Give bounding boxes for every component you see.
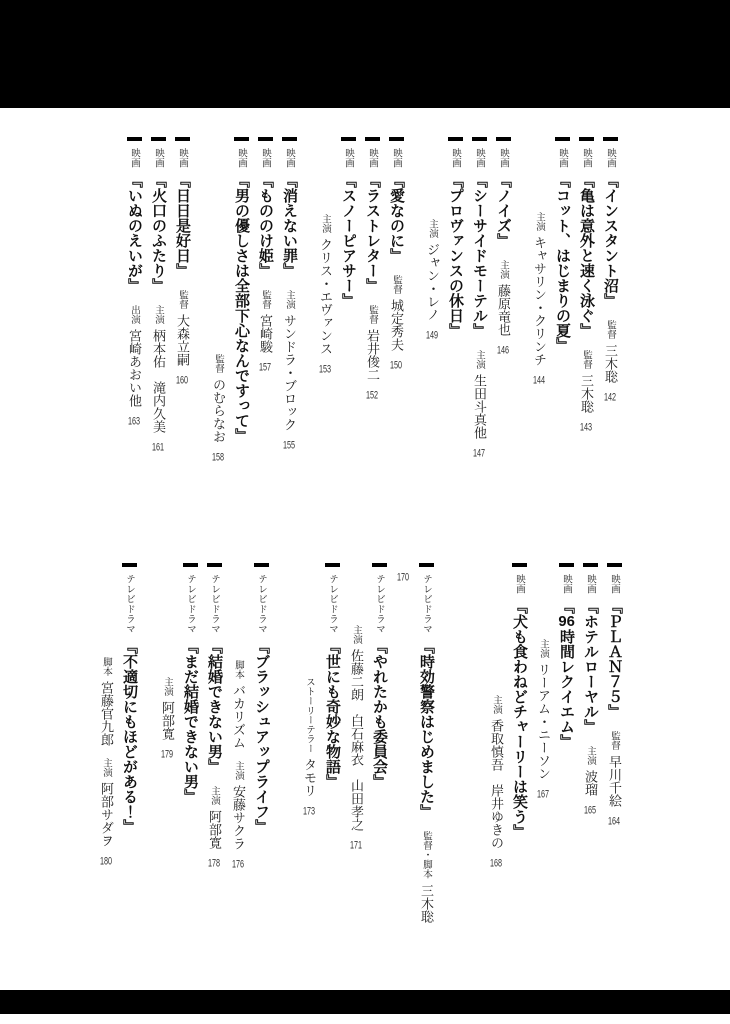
category-label: 映画 [561,574,572,594]
credit-role-label: 主演 [233,761,244,780]
credit-name: リーアム・ニーソン [536,663,551,780]
work-title: 『プロヴァンスの休日』 [447,173,464,338]
credit-name: 生田斗真他 [472,374,487,439]
entry-credit-line: 脚本宮藤官九郎主演阿部サダヲ180 [94,645,118,931]
credit-name: 宮崎駿 [258,314,273,353]
entry-title-line: テレビドラマ『世にも奇妙な物語』 [321,563,344,931]
toc-entry-0-12: 映画『日日是好日』監督大森立嗣160 [170,137,194,467]
credit-name: 波瑠 [583,770,598,796]
credit-name: キャサリン・クリンチ [532,236,547,366]
entry-title-line: 映画『コット、はじまりの夏』 [551,137,574,467]
credit-role-label: 監督 [260,290,271,309]
credit-role-label: 主演 [284,290,295,309]
credit-name: 早川千絵 [607,755,622,807]
page-number: 157 [259,362,271,373]
credit-role-label: 主演 [538,639,549,658]
entry-bullet-bar [448,137,463,141]
toc-entry-0-5: 映画『プロヴァンスの休日』主演ジャン・レノ149 [420,137,467,467]
entry-title-line: 映画『日日是好日』監督大森立嗣160 [170,137,194,467]
entry-title-line: 映画『亀は意外と速く泳ぐ』監督三木聡143 [574,137,598,467]
category-label: 映画 [605,148,616,168]
credit-name: 佐藤二朗 白石麻衣 山田孝之 [349,649,364,831]
credit-role-label: ストーリーテラー [304,677,315,753]
entry-bullet-bar [151,137,166,141]
work-title: 『消えない罪』 [281,173,298,278]
work-title: 『火口のふたり』 [150,173,167,293]
entry-bullet-bar [559,563,574,567]
credit-name: 岩井俊二 [365,329,380,381]
credit-name: 阿部サダヲ [99,782,114,847]
toc-entry-1-9: テレビドラマ『まだ結婚できない男』主演阿部寛179 [155,563,202,931]
category-label: テレビドラマ [256,574,267,634]
bottom-black-bar [0,990,730,1014]
credit-role-label: 監督・脚本 [421,831,432,879]
credit-role-label: 監督 [367,305,378,324]
category-label: 映画 [581,148,592,168]
work-title: 『やれたかも委員会』 [371,639,388,789]
page-number: 146 [497,345,509,356]
work-title: 『世にも奇妙な物語』 [324,639,341,789]
work-title: 『結婚できない男』 [206,639,223,774]
work-title: 『犬も食わねどチャーリーは笑う』 [511,599,528,839]
work-title: 『インスタント沼』 [602,173,619,308]
work-title: 『ブラッシュアップライフ』 [253,639,270,834]
page-number: 143 [580,422,592,433]
page-number: 152 [366,390,378,401]
credit-name: 三木聡 [579,374,594,413]
credit-role-label: 監督 [581,350,592,369]
toc-entry-1-5: テレビドラマ『やれたかも委員会』主演佐藤二朗 白石麻衣 山田孝之171 [344,563,391,931]
page-number: 150 [390,360,402,371]
page-number: 170 [397,572,409,583]
work-title: 『まだ結婚できない男』 [182,639,199,804]
entry-bullet-bar [555,137,570,141]
credit-name: 柄本佑 滝内久美 [151,329,166,433]
credit-role-label: 監督 [391,275,402,294]
entry-title-line: テレビドラマ『まだ結婚できない男』 [179,563,202,931]
entry-title-line: 映画『ノイズ』主演藤原竜也146 [491,137,515,467]
category-label: 映画 [557,148,568,168]
toc-entry-1-7: テレビドラマ『ブラッシュアップライフ』脚本バカリズム主演安藤サクラ176 [226,563,273,931]
entry-bullet-bar [234,137,249,141]
category-label: 映画 [153,148,164,168]
entry-title-line: テレビドラマ『やれたかも委員会』 [368,563,391,931]
page-number: 153 [319,364,331,375]
credit-role-label: 主演 [153,305,164,324]
entry-credit-line: 主演佐藤二朗 白石麻衣 山田孝之171 [344,613,368,931]
entry-title-line: テレビドラマ『ブラッシュアップライフ』 [250,563,273,931]
credit-name: 宮崎あおい他 [127,329,142,407]
page-number: 149 [426,330,438,341]
credit-name: 城定秀夫 [389,299,404,351]
entry-credit-line: 主演阿部寛179 [155,665,179,931]
category-label: 映画 [343,148,354,168]
credit-role-label: 主演 [534,212,545,231]
work-title: 『スノーピアサー』 [340,173,357,308]
toc-entry-0-6: 映画『愛なのに』監督城定秀夫150 [384,137,408,467]
book-toc-page: 映画『インスタント沼』監督三木聡142映画『亀は意外と速く泳ぐ』監督三木聡143… [0,0,730,1024]
entry-title-line: 映画『いぬのえいが』出演宮崎あおい他163 [122,137,146,467]
entry-bullet-bar [282,137,297,141]
page-number: 171 [350,840,362,851]
entry-title-line: 映画『スノーピアサー』 [337,137,360,467]
toc-entry-1-8: テレビドラマ『結婚できない男』主演阿部寛178 [202,563,226,931]
page-number: 158 [212,452,224,463]
page-number: 179 [161,749,173,760]
toc-entry-1-0: 映画『ＰＬＡＮ７５』監督早川千絵164 [602,563,626,931]
entry-bullet-bar [365,137,380,141]
credit-name: ジャン・レノ [425,243,440,321]
entry-credit-line: ストーリーテラータモリ173 [297,665,321,931]
page-number: 165 [584,805,596,816]
category-label: 映画 [474,148,485,168]
credit-role-label: 主演 [474,350,485,369]
entry-title-line: 映画『ＰＬＡＮ７５』監督早川千絵164 [602,563,626,931]
credit-role-label: 主演 [498,260,509,279]
toc-entry-0-13: 映画『火口のふたり』主演柄本佑 滝内久美161 [146,137,170,467]
credit-name: 藤原竜也 [496,284,511,336]
entry-bullet-bar [175,137,190,141]
category-label: 映画 [284,148,295,168]
toc-entry-0-1: 映画『亀は意外と速く泳ぐ』監督三木聡143 [574,137,598,467]
entry-bullet-bar [603,137,618,141]
category-label: テレビドラマ [327,574,338,634]
toc-entry-0-7: 映画『ラストレター』監督岩井俊二152 [360,137,384,467]
entry-bullet-bar [583,563,598,567]
work-title: 『亀は意外と速く泳ぐ』 [578,173,595,338]
entry-bullet-bar [207,563,222,567]
credit-role-label: 主演 [320,214,331,233]
page-number: 173 [303,806,315,817]
work-title: 『男の優しさは全部下心なんですって』 [233,173,250,443]
category-label: 映画 [367,148,378,168]
work-title: 『96時間レクイエム』 [558,599,575,749]
category-label: 映画 [391,148,402,168]
entry-credit-line: 主演ジャン・レノ149 [420,207,444,467]
page-number: 161 [152,442,164,453]
toc-entry-0-14: 映画『いぬのえいが』出演宮崎あおい他163 [122,137,146,467]
entry-title-line: 映画『消えない罪』主演サンドラ・ブロック155 [277,137,301,467]
entry-bullet-bar [254,563,269,567]
entry-credit-line: 主演香取慎吾 岸井ゆきの168 [484,683,508,931]
entry-title-line: 映画『火口のふたり』主演柄本佑 滝内久美161 [146,137,170,467]
work-title: 『コット、はじまりの夏』 [554,173,571,353]
work-title: 『時効警察はじめました』 [418,639,435,819]
entry-title-line: 映画『シーサイドモーテル』主演生田斗真他147 [467,137,491,467]
page-number: 144 [533,375,545,386]
category-label: テレビドラマ [185,574,196,634]
toc-entry-0-3: 映画『ノイズ』主演藤原竜也146 [491,137,515,467]
category-label: 映画 [129,148,140,168]
credit-role-label: 主演 [209,786,220,805]
category-label: 映画 [609,574,620,594]
category-label: 映画 [450,148,461,168]
entry-bullet-bar [122,563,137,567]
category-label: 映画 [585,574,596,594]
toc-entry-0-11: 映画『男の優しさは全部下心なんですって』監督のむらなお158 [206,137,253,467]
toc-entry-1-10: テレビドラマ『不適切にもほどがある！』脚本宮藤官九郎主演阿部サダヲ180 [94,563,141,931]
page-number: 163 [128,416,140,427]
entry-credit-line: 主演キャサリン・クリンチ144 [527,200,551,467]
entry-title-line: 映画『インスタント沼』監督三木聡142 [598,137,622,467]
page-number: 167 [537,789,549,800]
credit-name: バカリズム [231,684,246,749]
page-number: 178 [208,858,220,869]
credit-role-label: 主演 [491,695,502,714]
page-number: 160 [176,375,188,386]
entry-title-line: 映画『ラストレター』監督岩井俊二152 [360,137,384,467]
entry-bullet-bar [341,137,356,141]
credit-name: のむらなお [211,378,226,443]
category-label: 映画 [498,148,509,168]
page-number: 176 [232,859,244,870]
toc-section-movies-top: 映画『インスタント沼』監督三木聡142映画『亀は意外と速く泳ぐ』監督三木聡143… [122,137,622,467]
toc-entry-1-1: 映画『ホテルローヤル』主演波瑠165 [578,563,602,931]
tcy-digits: 96 [558,614,575,629]
page-number: 142 [604,392,616,403]
credit-role-label: 主演 [162,677,173,696]
work-title: 『不適切にもほどがある！』 [121,639,138,834]
toc-entry-0-0: 映画『インスタント沼』監督三木聡142 [598,137,622,467]
credit-name: 阿部寛 [207,810,222,849]
entry-title-line: テレビドラマ『時効警察はじめました』監督・脚本三木聡170 [391,563,438,931]
category-label: 映画 [260,148,271,168]
category-label: 映画 [514,574,525,594]
entry-bullet-bar [389,137,404,141]
credit-role-label: 監督 [213,354,224,373]
entry-bullet-bar [607,563,622,567]
toc-entry-1-3: 映画『犬も食わねどチャーリーは笑う』主演香取慎吾 岸井ゆきの168 [484,563,531,931]
toc-entry-0-9: 映画『消えない罪』主演サンドラ・ブロック155 [277,137,301,467]
credit-name: 大森立嗣 [175,314,190,366]
credit-role-label: 監督 [177,290,188,309]
entry-bullet-bar [419,563,434,567]
credit-name: 三木聡 [419,884,434,923]
entry-title-line: 映画『プロヴァンスの休日』 [444,137,467,467]
entry-credit-line: 主演クリス・エヴァンス153 [313,202,337,467]
credit-name: 宮藤官九郎 [99,681,114,746]
work-title: 『ＰＬＡＮ７５』 [606,599,623,719]
entry-title-line: 映画『犬も食わねどチャーリーは笑う』 [508,563,531,931]
page-number: 168 [490,858,502,869]
credit-name: タモリ [302,758,317,797]
entry-bullet-bar [496,137,511,141]
credit-role-label: 監督 [605,320,616,339]
category-label: テレビドラマ [421,574,432,634]
entry-bullet-bar [258,137,273,141]
toc-entry-0-2: 映画『コット、はじまりの夏』主演キャサリン・クリンチ144 [527,137,574,467]
credit-name: サンドラ・ブロック [282,314,297,431]
page-number: 147 [473,448,485,459]
credit-role-label: 脚本 [233,660,244,679]
entry-bullet-bar [325,563,340,567]
work-title: 『ラストレター』 [364,173,381,293]
entry-credit-line: 監督のむらなお158 [206,342,230,467]
work-title: 『シーサイドモーテル』 [471,173,488,338]
work-title: 『いぬのえいが』 [126,173,143,293]
toc-section-movies-tv-bottom: 映画『ＰＬＡＮ７５』監督早川千絵164映画『ホテルローヤル』主演波瑠165映画『… [94,563,626,931]
credit-role-label: 主演 [351,625,362,644]
entry-credit-line: 主演リーアム・ニーソン167 [531,627,555,931]
category-label: テレビドラマ [209,574,220,634]
work-title: 『もののけ姫』 [257,173,274,278]
page-number: 155 [283,440,295,451]
entry-title-line: 映画『ホテルローヤル』主演波瑠165 [578,563,602,931]
entry-bullet-bar [512,563,527,567]
entry-title-line: 映画『96時間レクイエム』 [555,563,578,931]
entry-bullet-bar [472,137,487,141]
toc-entry-1-2: 映画『96時間レクイエム』主演リーアム・ニーソン167 [531,563,578,931]
entry-bullet-bar [579,137,594,141]
entry-credit-line: 脚本バカリズム主演安藤サクラ176 [226,648,250,931]
credit-name: クリス・エヴァンス [318,238,333,355]
page-number: 180 [100,856,112,867]
category-label: テレビドラマ [374,574,385,634]
entry-bullet-bar [372,563,387,567]
credit-role-label: 主演 [427,219,438,238]
entry-title-line: 映画『男の優しさは全部下心なんですって』 [230,137,253,467]
credit-name: 阿部寛 [160,701,175,740]
credit-name: 香取慎吾 岸井ゆきの [489,719,504,849]
entry-title-line: テレビドラマ『結婚できない男』主演阿部寛178 [202,563,226,931]
credit-role-label: 主演 [101,758,112,777]
toc-entry-0-4: 映画『シーサイドモーテル』主演生田斗真他147 [467,137,491,467]
work-title: 『ホテルローヤル』 [582,599,599,734]
credit-role-label: 監督 [609,731,620,750]
toc-entry-0-8: 映画『スノーピアサー』主演クリス・エヴァンス153 [313,137,360,467]
credit-role-label: 出演 [129,305,140,324]
category-label: 映画 [177,148,188,168]
work-title: 『ノイズ』 [495,173,512,248]
work-title: 『愛なのに』 [388,173,405,263]
credit-name: 三木聡 [603,344,618,383]
entry-title-line: 映画『愛なのに』監督城定秀夫150 [384,137,408,467]
toc-entry-0-10: 映画『もののけ姫』監督宮崎駿157 [253,137,277,467]
category-label: テレビドラマ [124,574,135,634]
top-black-bar [0,0,730,108]
toc-entry-1-6: テレビドラマ『世にも奇妙な物語』ストーリーテラータモリ173 [297,563,344,931]
credit-role-label: 脚本 [101,657,112,676]
entry-title-line: テレビドラマ『不適切にもほどがある！』 [118,563,141,931]
entry-title-line: 映画『もののけ姫』監督宮崎駿157 [253,137,277,467]
toc-entry-1-4: テレビドラマ『時効警察はじめました』監督・脚本三木聡170 [391,563,438,931]
category-label: 映画 [236,148,247,168]
entry-bullet-bar [183,563,198,567]
page-number: 164 [608,816,620,827]
work-title: 『日日是好日』 [174,173,191,278]
credit-role-label: 主演 [585,746,596,765]
credit-name: 安藤サクラ [231,785,246,850]
entry-bullet-bar [127,137,142,141]
